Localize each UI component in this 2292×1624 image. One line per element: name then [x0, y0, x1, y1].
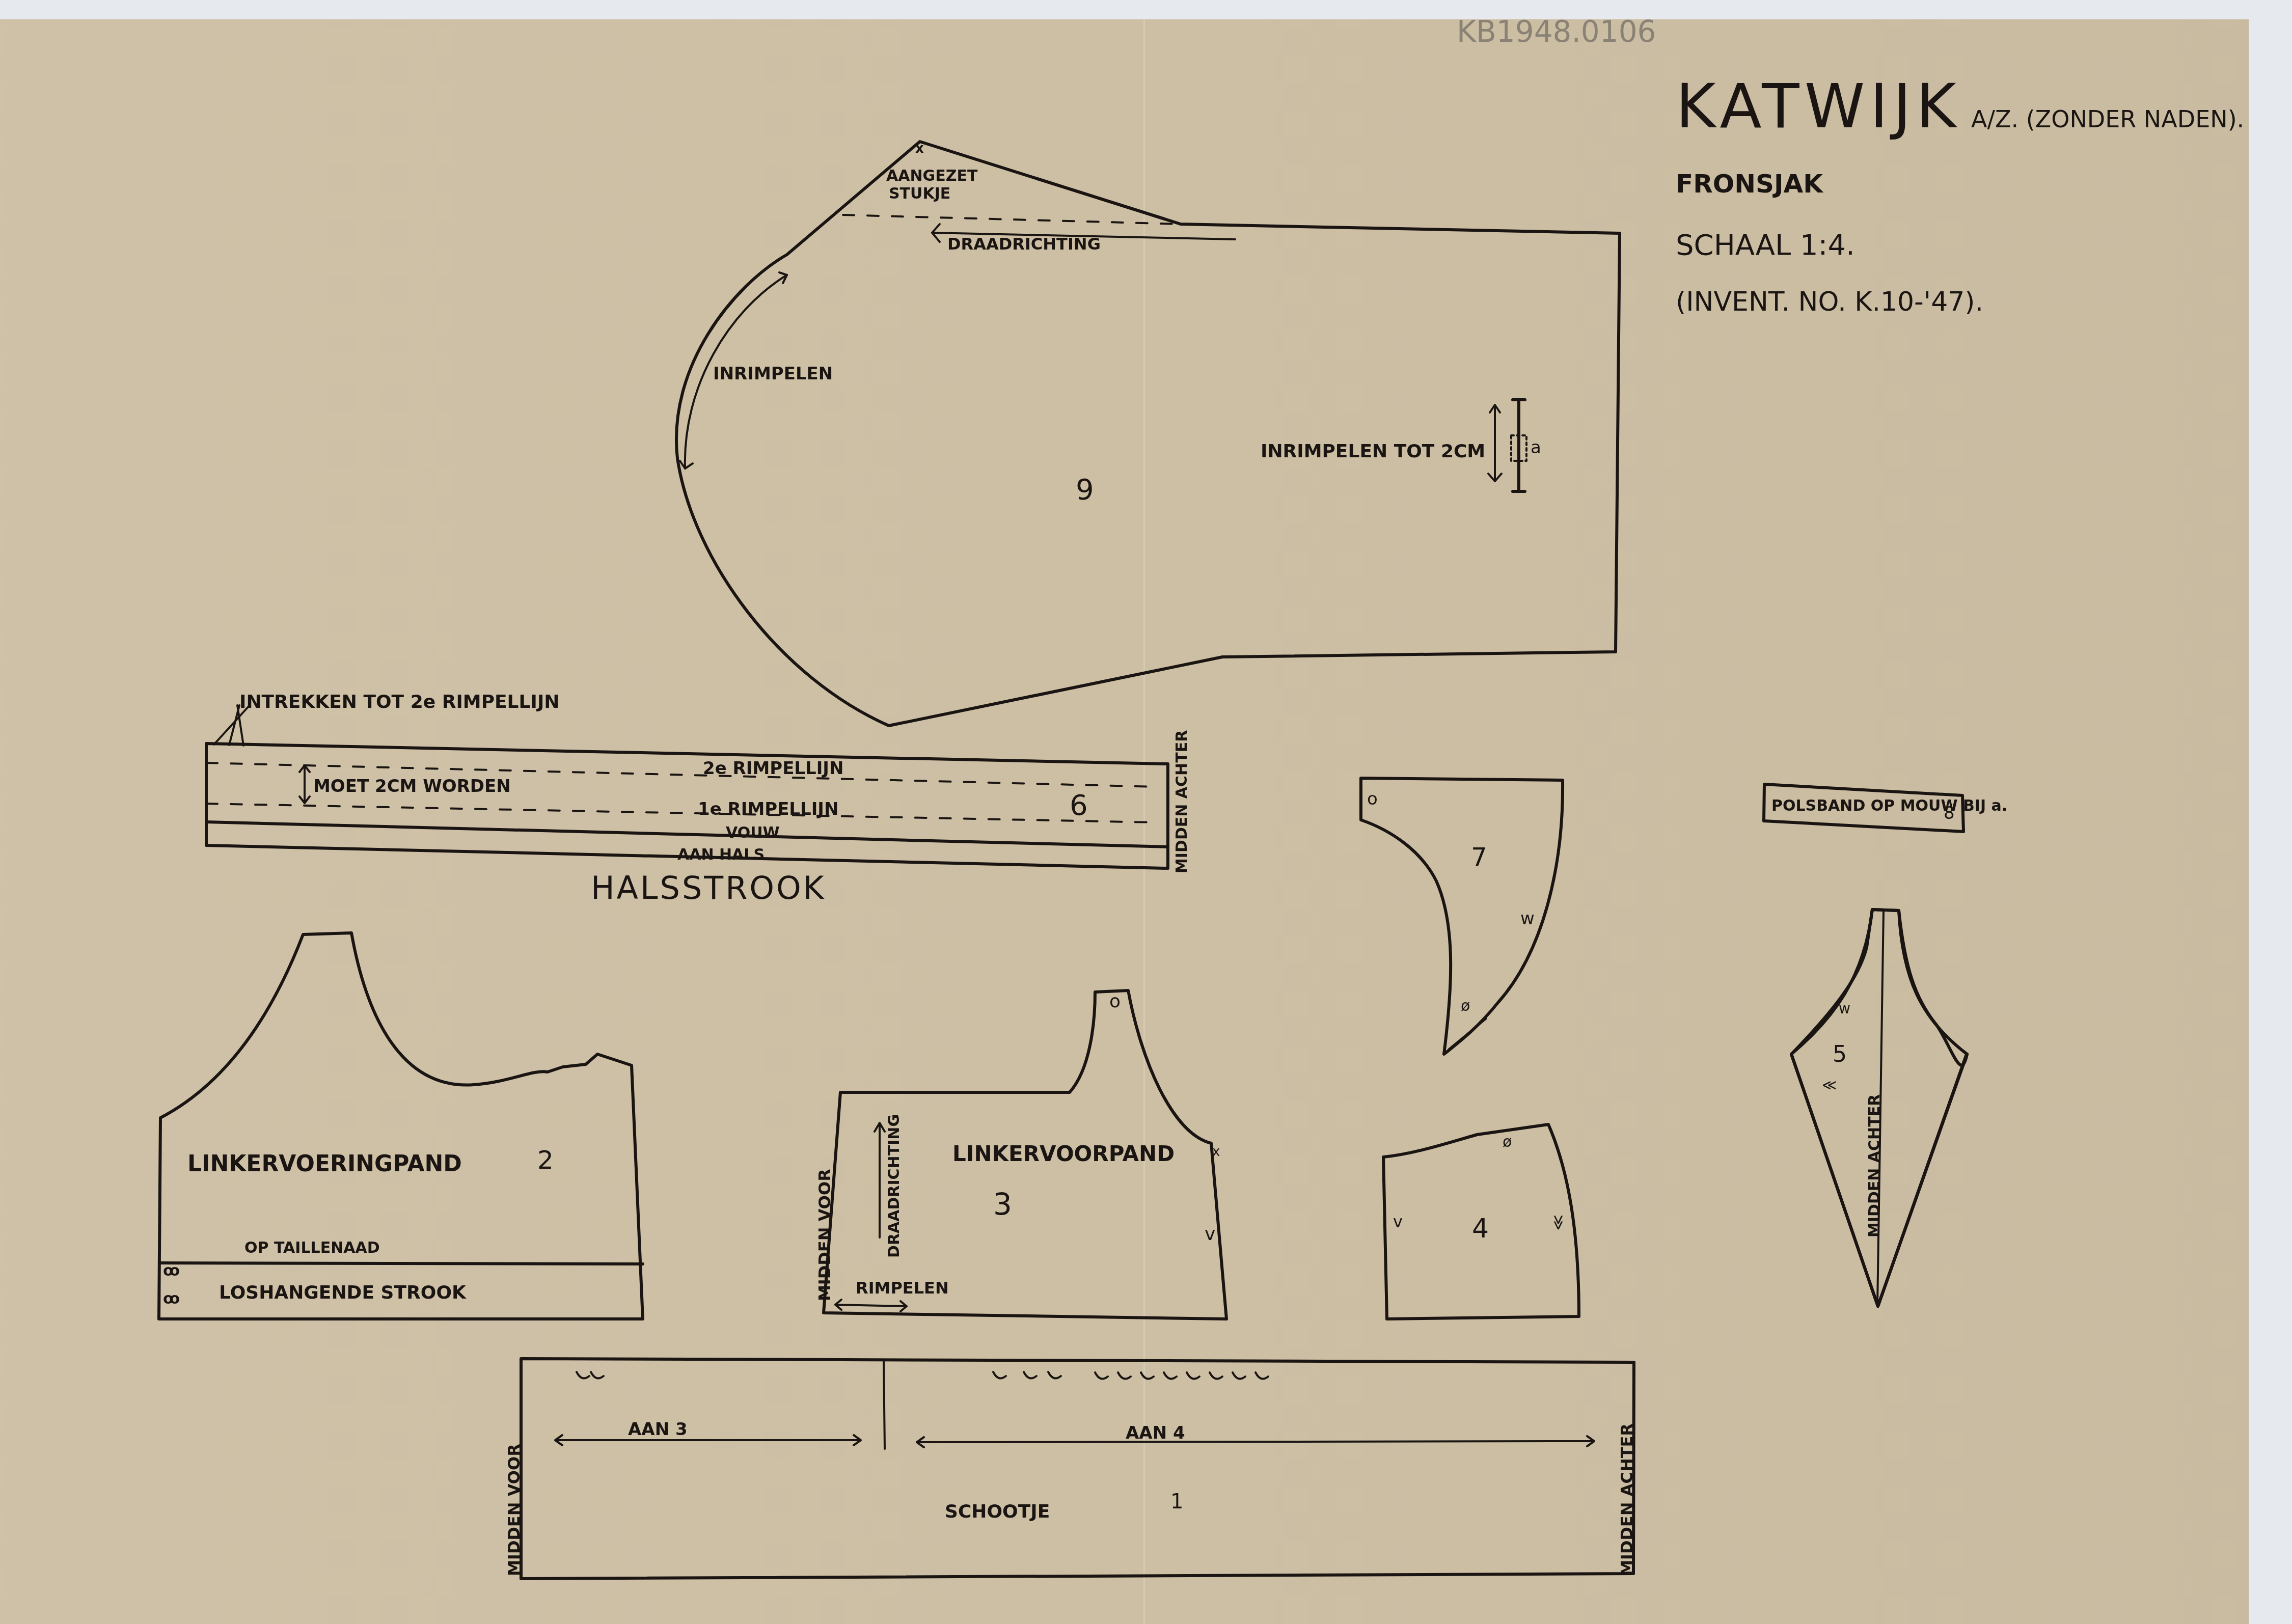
must-become-label: MOET 2CM WORDEN	[313, 776, 511, 796]
gather-label: INRIMPELEN	[713, 364, 833, 384]
title-inventory: (INVENT. NO. K.10-'47).	[1676, 287, 1983, 317]
piece-number-8: 8	[1944, 803, 1955, 823]
piece-number-2: 2	[537, 1145, 554, 1175]
grain-direction-label: DRAADRICHTING	[947, 234, 1101, 254]
title-place: KATWIJK	[1676, 71, 1961, 142]
neck-strip-name: HALSSTROOK	[591, 869, 826, 906]
mark-o-slash-7: ø	[1461, 997, 1470, 1015]
to-4-label: AAN 4	[1126, 1423, 1185, 1443]
second-gather-line-label: 2e RIMPELLIJN	[703, 758, 843, 779]
lining-panel-name: LINKERVOERINGPAND	[187, 1151, 462, 1177]
center-back-label-1: MIDDEN ACHTER	[1617, 1423, 1636, 1576]
title-block: KATWIJK A/Z. (ZONDER NADEN). FRONSJAK SC…	[1676, 71, 2244, 317]
piece-number-3: 3	[993, 1187, 1012, 1222]
mark-v-3: v	[1205, 1224, 1215, 1245]
to-neck-label: AAN HALS	[677, 846, 765, 864]
corner-mark-x: x	[915, 141, 924, 156]
mark-x-3: x	[1212, 1144, 1220, 1160]
center-front-label-3: MIDDEN VOOR	[815, 1169, 834, 1301]
piece-1-peplum: AAN 3 AAN 4 MIDDEN VOOR MIDDEN ACHTER SC…	[504, 1359, 1636, 1579]
title-place-suffix: A/Z. (ZONDER NADEN).	[1971, 105, 2244, 133]
fold-label: VOUW	[726, 824, 780, 842]
piece-4-side-piece: ø v 4 ≫	[1383, 1124, 1579, 1319]
mark-double-v-4: ≫	[1549, 1215, 1567, 1230]
marker-a: a	[1531, 437, 1541, 458]
waist-seam-label: OP TAILLENAAD	[244, 1239, 380, 1257]
piece-number-5: 5	[1833, 1041, 1847, 1067]
wrist-band-label: POLSBAND OP MOUW BIJ a.	[1771, 797, 2007, 815]
piece-6-neck-strip: INTREKKEN TOT 2e RIMPELLIJN 2e RIMPELLIJ…	[206, 692, 1191, 906]
title-scale: SCHAAL 1:4.	[1676, 229, 1855, 262]
loose-strip-label: LOSHANGENDE STROOK	[219, 1282, 467, 1303]
piece-9-sleeve: x AANGEZET STUKJE DRAADRICHTING INRIMPEL…	[676, 141, 1620, 726]
gather-to-label: INRIMPELEN TOT 2CM	[1261, 441, 1485, 462]
piece-number-9: 9	[1076, 473, 1094, 506]
center-back-label: MIDDEN ACHTER	[1173, 730, 1191, 873]
piece-number-6: 6	[1070, 789, 1088, 822]
piece-5-back-piece: 5 MIDDEN ACHTER w ≪	[1791, 910, 1967, 1306]
hook-mark-2: ꝏ	[163, 1290, 180, 1308]
front-panel-name: LINKERVOORPAND	[952, 1141, 1175, 1166]
piece-2-lining-panel: LINKERVOERINGPAND 2 OP TAILLENAAD ꝏ ꝏ LO…	[159, 933, 643, 1319]
gather-label-3: RIMPELEN	[856, 1278, 949, 1298]
accession-number: KB1948.0106	[1457, 14, 1656, 49]
attached-piece-line2: STUKJE	[889, 185, 950, 203]
first-gather-line-label: 1e RIMPELLIJN	[698, 799, 838, 819]
to-3-label: AAN 3	[628, 1419, 688, 1440]
mark-double-5: ≪	[1822, 1077, 1837, 1093]
piece-number-7: 7	[1471, 842, 1487, 872]
pattern-drawing: KB1948.0106 KATWIJK A/Z. (ZONDER NADEN).…	[0, 0, 2292, 1624]
piece-number-4: 4	[1472, 1214, 1489, 1244]
mark-w-5: w	[1839, 1000, 1850, 1017]
mark-w-7: w	[1520, 909, 1535, 929]
title-garment: FRONSJAK	[1676, 169, 1824, 199]
front-panel-circle-mark: o	[1109, 991, 1121, 1012]
hook-mark-1: ꝏ	[163, 1262, 180, 1280]
center-front-label-1: MIDDEN VOOR	[504, 1444, 524, 1576]
mark-o-slash-4: ø	[1503, 1133, 1512, 1151]
pull-in-label: INTREKKEN TOT 2e RIMPELLIJN	[239, 692, 559, 712]
mark-v-4: v	[1393, 1212, 1403, 1231]
center-back-label-5: MIDDEN ACHTER	[1866, 1094, 1884, 1237]
piece-3-front-panel: DRAADRICHTING MIDDEN VOOR LINKERVOORPAND…	[815, 990, 1226, 1319]
grain-direction-label-3: DRAADRICHTING	[885, 1114, 903, 1258]
mark-o-7: o	[1367, 789, 1378, 809]
attached-piece-line1: AANGEZET	[886, 167, 978, 185]
piece-7-side-piece: o 7 w ø	[1361, 778, 1563, 1054]
peplum-name: SCHOOTJE	[945, 1501, 1050, 1522]
piece-number-1: 1	[1170, 1490, 1183, 1513]
piece-8-wrist-band: POLSBAND OP MOUW BIJ a. 8	[1764, 784, 2007, 832]
